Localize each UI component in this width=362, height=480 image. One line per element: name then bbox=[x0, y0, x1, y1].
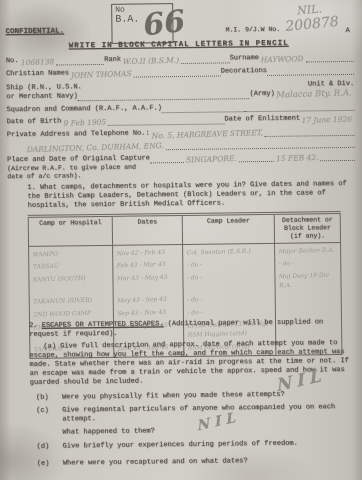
question-1-text: What camps, detachments or hospitals wer… bbox=[27, 180, 346, 210]
number-label: No. bbox=[6, 57, 19, 66]
surname-label: Surname bbox=[229, 54, 259, 63]
question-2c: (c) Give regimental particulars of anyon… bbox=[36, 403, 336, 425]
question-1: 1. What camps, detachments or hospitals … bbox=[27, 180, 349, 211]
question-2e-id: (e) bbox=[37, 459, 63, 468]
dotted-leader bbox=[56, 56, 104, 66]
private-address-label: Private Address and Telephone No.: bbox=[7, 129, 150, 140]
unit-value: Malacca Bty. R.A. bbox=[277, 89, 353, 100]
aircrew-note: (Aircrew R.A.F. to give place and date o… bbox=[7, 164, 136, 182]
header-camp-leader: Camp Leader bbox=[182, 213, 274, 244]
dotted-leader bbox=[265, 127, 355, 137]
question-2b: (b) Were you physically fit when you mad… bbox=[36, 390, 356, 403]
dotted-leader bbox=[181, 54, 229, 64]
question-2e-text: Where were you recaptured and on what da… bbox=[63, 456, 357, 469]
dotted-leader bbox=[166, 139, 355, 150]
header-detachment-leader: Detachment or Block Leader (if any). bbox=[274, 213, 340, 244]
header-camp-or-hospital: Camp or Hospital bbox=[28, 215, 112, 246]
question-1-number: 1. bbox=[27, 184, 36, 192]
christian-names-label: Christian Names bbox=[6, 69, 69, 79]
dotted-leader bbox=[162, 103, 245, 113]
address-continuation-line: DARLINGTON, Co. DURHAM, ENG. bbox=[7, 139, 355, 152]
question-2c-followup-text: What happened to them? bbox=[62, 425, 356, 438]
question-2b-id: (b) bbox=[36, 393, 62, 402]
dotted-leader bbox=[78, 90, 250, 101]
question-2c-id: (c) bbox=[36, 406, 62, 424]
enlistment-label: Date of Enlistment bbox=[224, 115, 300, 125]
surname-value: HAYWOOD bbox=[261, 54, 304, 64]
capture-date-value: 15 FEB 42. bbox=[276, 153, 319, 163]
question-2c-followup-spacer bbox=[36, 428, 62, 437]
question-2d-id: (d) bbox=[36, 442, 62, 451]
ship-unit-line: Ship (R.N., U.S.N. Unit & Div. or Mercha… bbox=[6, 80, 354, 102]
camps-table-header-row: Camp or Hospital Dates Camp Leader Detac… bbox=[28, 213, 340, 247]
rank-label: Rank bbox=[104, 56, 121, 65]
rank-value: W.O.II (B.S.M.) bbox=[123, 56, 179, 67]
dotted-leader bbox=[133, 68, 220, 78]
dotted-leader bbox=[244, 102, 354, 112]
question-2-title: ESCAPES OR ATTEMPTED ESCAPES. bbox=[42, 320, 164, 329]
christian-names-line: Christian Names JOHN THOMAS Decorations bbox=[6, 66, 354, 79]
question-2d: (d) Give briefly your experiences during… bbox=[36, 439, 356, 452]
mi9-reference-label: M.I. 9/J.W No. bbox=[225, 26, 280, 34]
question-2b-text: Were you physically fit when you made th… bbox=[62, 390, 356, 403]
dotted-leader bbox=[150, 154, 185, 163]
service-number-value: 1068138 bbox=[20, 57, 54, 67]
question-2a-id: (a) bbox=[43, 343, 56, 351]
confidential-label: CONFIDENTIAL. bbox=[5, 27, 64, 36]
ship-label-line2: or Merchant Navy) bbox=[6, 92, 78, 102]
dotted-leader bbox=[305, 53, 353, 63]
date-of-birth-value: 9 Feb 1905 bbox=[63, 118, 106, 128]
enlistment-value: 17 June 1926 bbox=[302, 114, 353, 124]
birth-enlistment-line: Date of Birth 9 Feb 1905 Date of Enlistm… bbox=[6, 114, 354, 127]
dotted-leader bbox=[320, 152, 355, 161]
dotted-leader bbox=[239, 153, 274, 162]
question-2-number: 2. bbox=[29, 322, 38, 330]
block-capitals-instruction: WRITE IN BLOCK CAPITAL LETTERS IN PENCIL bbox=[0, 39, 360, 51]
dotted-leader bbox=[108, 115, 225, 125]
private-address-line: Private Address and Telephone No.: No. 5… bbox=[7, 127, 355, 140]
date-of-birth-label: Date of Birth bbox=[6, 117, 61, 127]
mi9-reference-suffix: A bbox=[345, 27, 349, 35]
number-rank-surname-line: No. 1068138 Rank W.O.II (B.S.M.) Surname… bbox=[6, 53, 354, 66]
question-2e: (e) Where were you recaptured and on wha… bbox=[37, 456, 357, 469]
scanned-pow-questionnaire-page: CONFIDENTIAL. No B.A. 66 NIL. M.I. 9/J.W… bbox=[0, 0, 362, 480]
capture-place-value: SINGAPORE. bbox=[186, 154, 237, 165]
capture-line: Place and Date of Original Capture SINGA… bbox=[7, 152, 355, 165]
block-leader-cell: Maj Davy 18 Div R.A. bbox=[275, 268, 342, 292]
address-value-line2: DARLINGTON, Co. DURHAM, ENG. bbox=[27, 141, 164, 154]
mi9-reference-number: 200878 bbox=[285, 14, 340, 35]
squadron-command-line: Squadron and Command (R.A.F., A.A.F.) bbox=[6, 102, 354, 115]
decorations-label: Decorations bbox=[221, 67, 267, 77]
dotted-leader bbox=[267, 66, 354, 76]
aircrew-note-line2: date of a/c crash). bbox=[7, 172, 136, 182]
question-2d-text: Give briefly your experiences during per… bbox=[62, 439, 356, 452]
header-dates: Dates bbox=[112, 214, 182, 245]
christian-names-value: JOHN THOMAS bbox=[71, 69, 132, 80]
squadron-command-label: Squadron and Command (R.A.F., A.A.F.) bbox=[6, 104, 162, 115]
address-value-line1: No. 5, HARGREAVE STREET, bbox=[151, 128, 263, 140]
army-label: (Army) bbox=[249, 90, 274, 99]
dates-cell: Mar 43 - May 43 bbox=[113, 270, 184, 294]
classification-marking: CONFIDENTIAL. bbox=[5, 27, 64, 36]
question-2c-followup: What happened to them? bbox=[36, 425, 356, 438]
leader-cell: - do - bbox=[183, 269, 276, 294]
stamp-number-handwritten: 66 bbox=[141, 4, 187, 44]
camp-cell: KANYU (SOUTH) bbox=[29, 271, 114, 295]
